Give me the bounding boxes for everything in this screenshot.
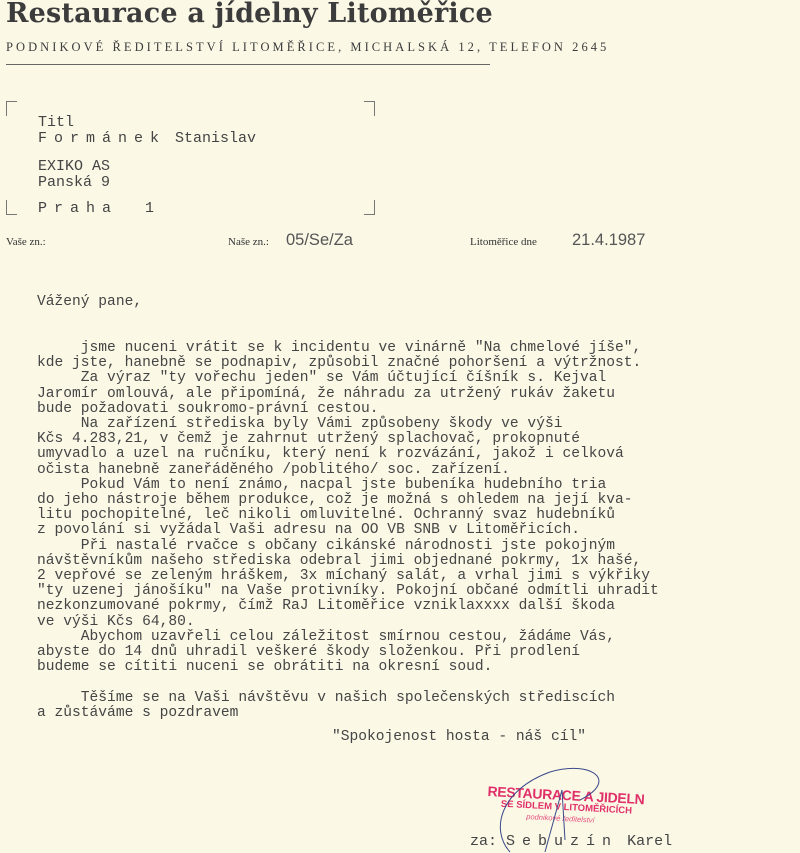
body-line: umyvadlo a uzel na ručníku, který není k… [37, 447, 797, 462]
body-line: "ty uzenej jánošíku" na Vaše protivníky.… [37, 584, 797, 599]
signatory-surname: Sebuzín [506, 833, 618, 850]
body-line: Abychom uzavřeli celou záležitost smírno… [37, 630, 797, 645]
body-line: Pokud Vám to není známo, nacpal jste bub… [37, 478, 797, 493]
address-corner-top-left [6, 101, 17, 116]
body-line: Jaromír omlouvá, ale připomíná, že náhra… [37, 387, 797, 402]
body-line: budeme se cítiti nuceni se obrátiti na o… [37, 660, 797, 675]
body-line: do jeho nástroje během produkce, což je … [37, 493, 797, 508]
body-line [37, 675, 797, 690]
place-date-label: Litoměřice dne [470, 236, 537, 248]
letterhead-title: Restaurace a jídelny Litoměřice [6, 0, 493, 29]
recipient-street: Panská 9 [38, 174, 110, 191]
body-line: kde jste, hanebně se podnapiv, způsobil … [37, 356, 797, 371]
signatory-given-name: Karel [627, 833, 672, 850]
recipient-name: Formánek Stanislav [38, 130, 256, 147]
body-line: bude požadovati soukromo-právní cestou. [37, 402, 797, 417]
recipient-title: Titl [38, 114, 74, 131]
address-corner-bottom-left [6, 200, 17, 215]
body-line: abyste do 14 dnů uhradil veškeré škody s… [37, 645, 797, 660]
letterhead-subtitle: PODNIKOVÉ ŘEDITELSTVÍ LITOMĚŘICE, MICHAL… [6, 40, 609, 55]
letter-body: Vážený pane, jsme nuceni vrátit se k inc… [37, 265, 797, 736]
our-ref-value: 05/Se/Za [286, 231, 353, 250]
recipient-given-name: Stanislav [175, 130, 256, 147]
body-line: ve výši Kčs 64,80. [37, 615, 797, 630]
signatory: za: Sebuzín Karel [470, 833, 672, 850]
body-line: Těšíme se na Vaši návštěvu v našich spol… [37, 691, 797, 706]
body-line: jsme nuceni vrátit se k incidentu ve vin… [37, 341, 797, 356]
body-paragraphs: jsme nuceni vrátit se k incidentu ve vin… [37, 341, 797, 721]
letterhead-divider [6, 64, 490, 65]
body-line: nezkonzumované pokrmy, čímž RaJ Litoměři… [37, 599, 797, 614]
body-line: z povolání si vyžádal Vaši adresu na OO … [37, 523, 797, 538]
body-line: Kčs 4.283,21, v čemž je zahrnut utržený … [37, 432, 797, 447]
recipient-district: 1 [145, 200, 154, 217]
body-line: Za výraz "ty vořechu jeden" se Vám účtuj… [37, 371, 797, 386]
recipient-city-name: Praha [38, 200, 118, 217]
slogan: "Spokojenost hosta - náš cíl" [332, 729, 586, 745]
recipient-city: Praha 1 [38, 200, 154, 217]
your-ref-label: Vaše zn.: [6, 236, 46, 248]
recipient-surname: Formánek [38, 130, 166, 147]
body-line: Při nastalé rvačce s občany cikánské nár… [37, 539, 797, 554]
address-corner-bottom-right [364, 200, 375, 215]
body-line: a zůstáváme s pozdravem [37, 706, 797, 721]
body-line: Na zařízení střediska byly Vámi způsoben… [37, 417, 797, 432]
address-corner-top-right [364, 101, 375, 116]
date-value: 21.4.1987 [572, 231, 645, 250]
body-line: 2 vepřové se zeleným hráškem, 3x míchaný… [37, 569, 797, 584]
company-stamp: RESTAURACE A JIDELN SE SÍDLEM V LITOMĚŘI… [486, 783, 645, 827]
salutation: Vážený pane, [37, 295, 797, 310]
body-line: litu pochopitelné, leč nikoli omluviteln… [37, 508, 797, 523]
body-line: návštěvníkům našeho střediska odebral ji… [37, 554, 797, 569]
recipient-company: EXIKO AS [38, 158, 110, 175]
signatory-prefix: za: [470, 833, 497, 850]
our-ref-label: Naše zn.: [228, 236, 269, 248]
body-line: očista hanebně zaneřáděného /poblitého/ … [37, 463, 797, 478]
